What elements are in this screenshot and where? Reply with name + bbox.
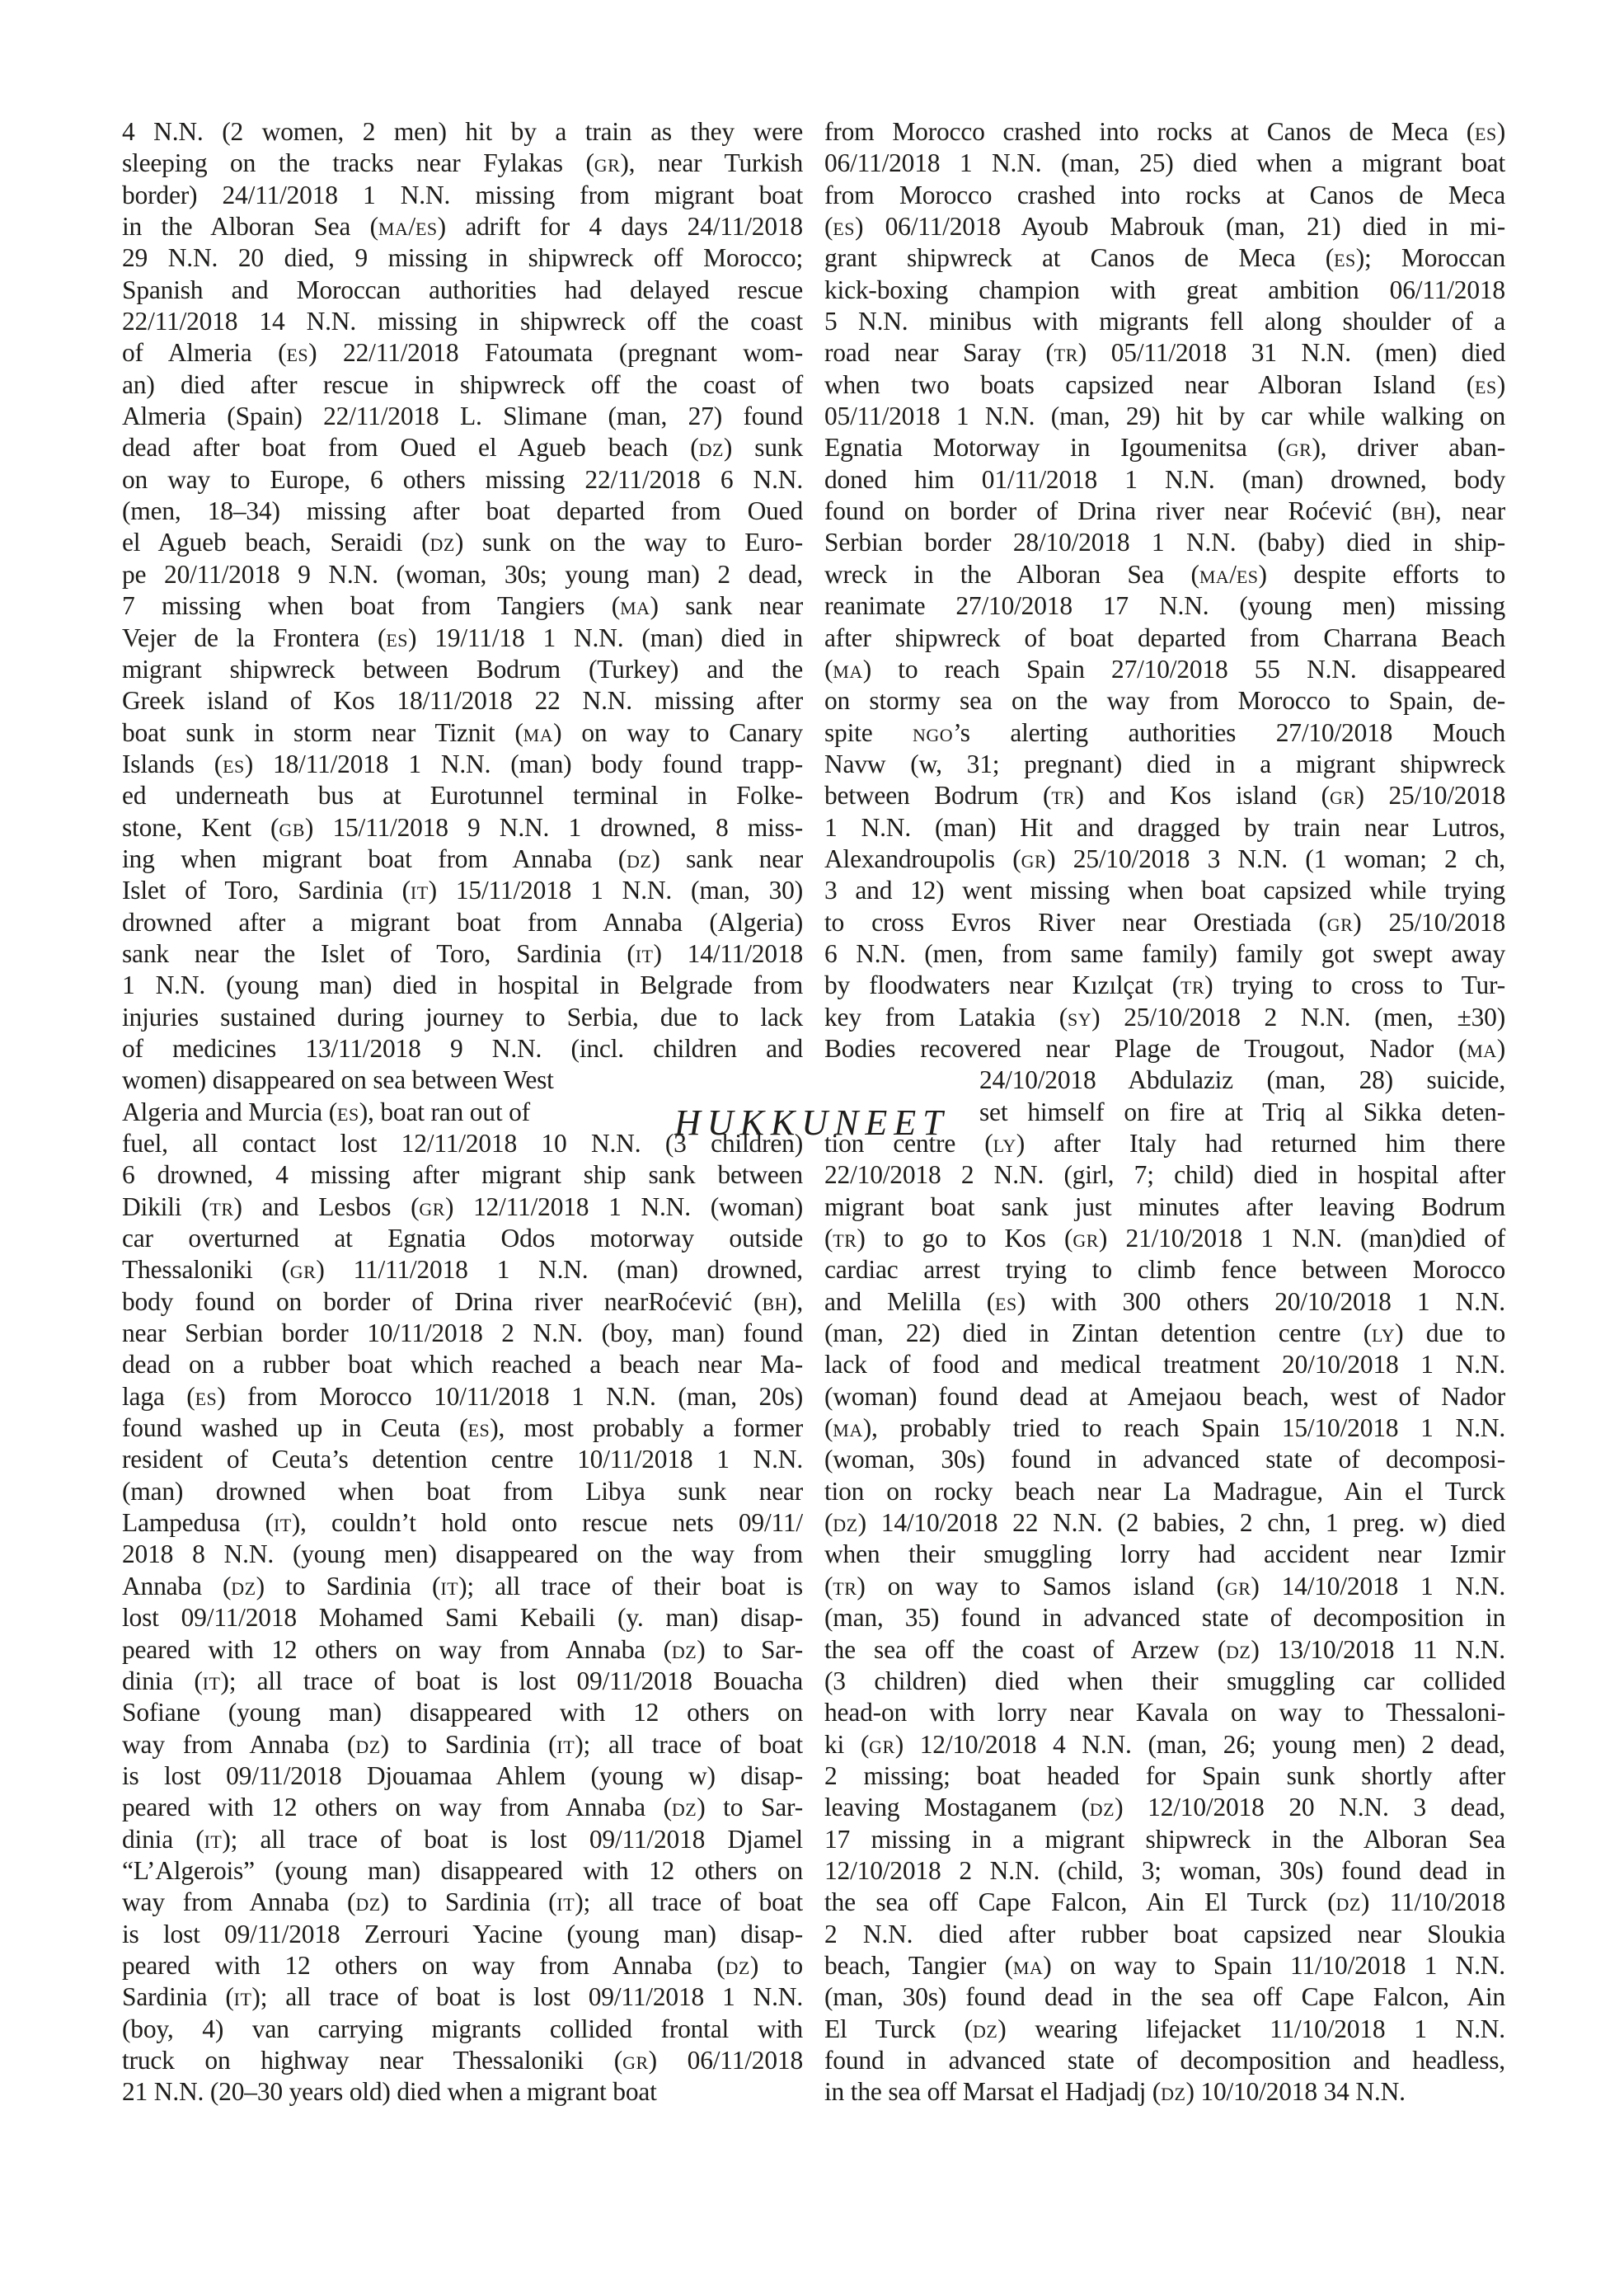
- text-line: lost 09/11/2018 Mohamed Sami Kebaili (y.…: [122, 1602, 803, 1633]
- text-line: Sofiane (young man) disappeared with 12 …: [122, 1697, 803, 1728]
- text-line: dead on a rubber boat which reached a be…: [122, 1349, 803, 1380]
- text-line: (man, 30s) found dead in the sea off Cap…: [824, 1981, 1505, 2013]
- text-line: reanimate 27/10/2018 17 N.N. (young men)…: [824, 590, 1505, 622]
- text-line: (men, 18–34) missing after boat departed…: [122, 496, 803, 527]
- text-line: beach, Tangier (MA) on way to Spain 11/1…: [824, 1950, 1505, 1981]
- text-line: 6 drowned, 4 missing after migrant ship …: [122, 1159, 803, 1191]
- text-line: by floodwaters near Kızılçat (TR) trying…: [824, 970, 1505, 1001]
- text-line: women) disappeared on sea between West: [122, 1065, 584, 1096]
- text-line: 1 N.N. (man) Hit and dragged by train ne…: [824, 812, 1505, 844]
- text-line: Alexandroupolis (GR) 25/10/2018 3 N.N. (…: [824, 844, 1505, 875]
- text-line: (boy, 4) van carrying migrants collided …: [122, 2014, 803, 2045]
- text-line: kick-boxing champion with great ambition…: [824, 275, 1505, 306]
- text-line: on stormy sea on the way from Morocco to…: [824, 685, 1505, 717]
- text-line: Egnatia Motorway in Igoumenitsa (GR), dr…: [824, 432, 1505, 463]
- text-line: peared with 12 others on way from Annaba…: [122, 1950, 803, 1981]
- text-line: (TR) on way to Samos island (GR) 14/10/2…: [824, 1571, 1505, 1602]
- text-line: (man) drowned when boat from Libya sunk …: [122, 1476, 803, 1507]
- text-line: found in advanced state of decomposition…: [824, 2045, 1505, 2076]
- text-line: (TR) to go to Kos (GR) 21/10/2018 1 N.N.…: [824, 1223, 1505, 1254]
- text-line: ing when migrant boat from Annaba (DZ) s…: [122, 844, 803, 875]
- text-line: 06/11/2018 1 N.N. (man, 25) died when a …: [824, 148, 1505, 179]
- text-line: Sardinia (IT); all trace of boat is lost…: [122, 1981, 803, 2013]
- text-line: key from Latakia (SY) 25/10/2018 2 N.N. …: [824, 1002, 1505, 1033]
- text-line: drowned after a migrant boat from Annaba…: [122, 907, 803, 938]
- text-line: tion on rocky beach near La Madrague, Ai…: [824, 1476, 1505, 1507]
- text-line: Greek island of Kos 18/11/2018 22 N.N. m…: [122, 685, 803, 717]
- text-line: of Almeria (ES) 22/11/2018 Fatoumata (pr…: [122, 337, 803, 369]
- text-line: 1 N.N. (young man) died in hospital in B…: [122, 970, 803, 1001]
- text-line: tion centre (LY) after Italy had returne…: [824, 1128, 1505, 1159]
- text-line: 2 N.N. died after rubber boat capsized n…: [824, 1919, 1505, 1950]
- text-line: peared with 12 others on way from Annaba…: [122, 1792, 803, 1823]
- text-line: Thessaloniki (GR) 11/11/2018 1 N.N. (man…: [122, 1254, 803, 1286]
- text-line: leaving Mostaganem (DZ) 12/10/2018 20 N.…: [824, 1792, 1505, 1823]
- text-line: after shipwreck of boat departed from Ch…: [824, 623, 1505, 654]
- text-line: stone, Kent (GB) 15/11/2018 9 N.N. 1 dro…: [122, 812, 803, 844]
- text-line: (ES) 06/11/2018 Ayoub Mabrouk (man, 21) …: [824, 211, 1505, 242]
- text-line: cardiac arrest trying to climb fence bet…: [824, 1254, 1505, 1286]
- text-line: 22/10/2018 2 N.N. (girl, 7; child) died …: [824, 1159, 1505, 1191]
- text-line: to cross Evros River near Orestiada (GR)…: [824, 907, 1505, 938]
- text-line: found on border of Drina river near Roće…: [824, 496, 1505, 527]
- text-line: 21 N.N. (20–30 years old) died when a mi…: [122, 2076, 803, 2108]
- text-line: El Turck (DZ) wearing lifejacket 11/10/2…: [824, 2014, 1505, 2045]
- text-line: migrant boat sank just minutes after lea…: [824, 1192, 1505, 1223]
- text-line: of medicines 13/11/2018 9 N.N. (incl. ch…: [122, 1033, 803, 1065]
- text-line: Almeria (Spain) 22/11/2018 L. Slimane (m…: [122, 401, 803, 432]
- text-line: 6 N.N. (men, from same family) family go…: [824, 938, 1505, 970]
- text-line: (woman) found dead at Amejaou beach, wes…: [824, 1381, 1505, 1412]
- text-line: migrant shipwreck between Bodrum (Turkey…: [122, 654, 803, 685]
- text-line: el Agueb beach, Seraidi (DZ) sunk on the…: [122, 527, 803, 558]
- text-line: 4 N.N. (2 women, 2 men) hit by a train a…: [122, 116, 803, 148]
- text-line: road near Saray (TR) 05/11/2018 31 N.N. …: [824, 337, 1505, 369]
- text-line: 7 missing when boat from Tangiers (MA) s…: [122, 590, 803, 622]
- text-line: laga (ES) from Morocco 10/11/2018 1 N.N.…: [122, 1381, 803, 1412]
- text-line: from Morocco crashed into rocks at Canos…: [824, 180, 1505, 211]
- text-line: 12/10/2018 2 N.N. (child, 3; woman, 30s)…: [824, 1855, 1505, 1887]
- text-line: 2 missing; boat headed for Spain sunk sh…: [824, 1760, 1505, 1792]
- text-line: Spanish and Moroccan authorities had del…: [122, 275, 803, 306]
- text-line: injuries sustained during journey to Ser…: [122, 1002, 803, 1033]
- text-line: between Bodrum (TR) and Kos island (GR) …: [824, 780, 1505, 811]
- text-line: Navw (w, 31; pregnant) died in a migrant…: [824, 749, 1505, 780]
- text-line: resident of Ceuta’s detention centre 10/…: [122, 1444, 803, 1475]
- text-line: boat sunk in storm near Tiznit (MA) on w…: [122, 717, 803, 749]
- text-line: in the sea off Marsat el Hadjadj (DZ) 10…: [824, 2076, 1505, 2108]
- text-line: sank near the Islet of Toro, Sardinia (I…: [122, 938, 803, 970]
- text-line: way from Annaba (DZ) to Sardinia (IT); a…: [122, 1887, 803, 1918]
- text-line: the sea off Cape Falcon, Ain El Turck (D…: [824, 1887, 1505, 1918]
- text-line: wreck in the Alboran Sea (MA/ES) despite…: [824, 559, 1505, 590]
- text-line: Vejer de la Frontera (ES) 19/11/18 1 N.N…: [122, 623, 803, 654]
- text-line: from Morocco crashed into rocks at Canos…: [824, 116, 1505, 148]
- text-line: border) 24/11/2018 1 N.N. missing from m…: [122, 180, 803, 211]
- text-line: when two boats capsized near Alboran Isl…: [824, 369, 1505, 401]
- text-line: Algeria and Murcia (ES), boat ran out of: [122, 1097, 584, 1128]
- text-line: sleeping on the tracks near Fylakas (GR)…: [122, 148, 803, 179]
- text-line: 2018 8 N.N. (young men) disappeared on t…: [122, 1539, 803, 1570]
- text-line: car overturned at Egnatia Odos motorway …: [122, 1223, 803, 1254]
- text-line: 17 missing in a migrant shipwreck in the…: [824, 1824, 1505, 1855]
- text-line: Islet of Toro, Sardinia (IT) 15/11/2018 …: [122, 875, 803, 906]
- text-line: in the Alboran Sea (MA/ES) adrift for 4 …: [122, 211, 803, 242]
- text-line: head-on with lorry near Kavala on way to…: [824, 1697, 1505, 1728]
- text-line: dinia (IT); all trace of boat is lost 09…: [122, 1824, 803, 1855]
- text-line: 5 N.N. minibus with migrants fell along …: [824, 306, 1505, 337]
- text-line: spite NGO’s alerting authorities 27/10/2…: [824, 717, 1505, 749]
- text-line: Islands (ES) 18/11/2018 1 N.N. (man) bod…: [122, 749, 803, 780]
- text-line: Bodies recovered near Plage de Trougout,…: [824, 1033, 1505, 1065]
- text-line: (man, 35) found in advanced state of dec…: [824, 1602, 1505, 1633]
- text-line: 3 and 12) went missing when boat capsize…: [824, 875, 1505, 906]
- text-line: body found on border of Drina river near…: [122, 1286, 803, 1318]
- text-line: when their smuggling lorry had accident …: [824, 1539, 1505, 1570]
- text-line: 22/11/2018 14 N.N. missing in shipwreck …: [122, 306, 803, 337]
- text-line: Serbian border 28/10/2018 1 N.N. (baby) …: [824, 527, 1505, 558]
- text-line: ki (GR) 12/10/2018 4 N.N. (man, 26; youn…: [824, 1729, 1505, 1760]
- document-page: 4 N.N. (2 women, 2 men) hit by a train a…: [0, 0, 1624, 2289]
- text-line: (MA), probably tried to reach Spain 15/1…: [824, 1412, 1505, 1444]
- right-text-column: from Morocco crashed into rocks at Canos…: [824, 116, 1505, 2108]
- text-line: lack of food and medical treatment 20/10…: [824, 1349, 1505, 1380]
- text-line: Annaba (DZ) to Sardinia (IT); all trace …: [122, 1571, 803, 1602]
- text-line: dead after boat from Oued el Agueb beach…: [122, 432, 803, 463]
- text-line: found washed up in Ceuta (ES), most prob…: [122, 1412, 803, 1444]
- text-line: truck on highway near Thessaloniki (GR) …: [122, 2045, 803, 2076]
- text-line: near Serbian border 10/11/2018 2 N.N. (b…: [122, 1318, 803, 1349]
- text-line: is lost 09/11/2018 Zerrouri Yacine (youn…: [122, 1919, 803, 1950]
- text-line: on way to Europe, 6 others missing 22/11…: [122, 464, 803, 496]
- text-line: way from Annaba (DZ) to Sardinia (IT); a…: [122, 1729, 803, 1760]
- text-line: (man, 22) died in Zintan detention centr…: [824, 1318, 1505, 1349]
- text-line: set himself on fire at Triq al Sikka det…: [824, 1097, 1505, 1128]
- text-line: (DZ) 14/10/2018 22 N.N. (2 babies, 2 chn…: [824, 1507, 1505, 1539]
- text-line: and Melilla (ES) with 300 others 20/10/2…: [824, 1286, 1505, 1318]
- text-line: pe 20/11/2018 9 N.N. (woman, 30s; young …: [122, 559, 803, 590]
- text-line: 29 N.N. 20 died, 9 missing in shipwreck …: [122, 242, 803, 274]
- text-line: Lampedusa (IT), couldn’t hold onto rescu…: [122, 1507, 803, 1539]
- text-line: ed underneath bus at Eurotunnel terminal…: [122, 780, 803, 811]
- text-line: 05/11/2018 1 N.N. (man, 29) hit by car w…: [824, 401, 1505, 432]
- text-line: (MA) to reach Spain 27/10/2018 55 N.N. d…: [824, 654, 1505, 685]
- text-line: peared with 12 others on way from Annaba…: [122, 1634, 803, 1666]
- text-line: Dikili (TR) and Lesbos (GR) 12/11/2018 1…: [122, 1192, 803, 1223]
- text-line: (3 children) died when their smuggling c…: [824, 1666, 1505, 1697]
- text-line: “L’Algerois” (young man) disappeared wit…: [122, 1855, 803, 1887]
- text-line: doned him 01/11/2018 1 N.N. (man) drowne…: [824, 464, 1505, 496]
- text-line: dinia (IT); all trace of boat is lost 09…: [122, 1666, 803, 1697]
- text-line: grant shipwreck at Canos de Meca (ES); M…: [824, 242, 1505, 274]
- text-line: the sea off the coast of Arzew (DZ) 13/1…: [824, 1634, 1505, 1666]
- text-line: is lost 09/11/2018 Djouamaa Ahlem (young…: [122, 1760, 803, 1792]
- text-line: an) died after rescue in shipwreck off t…: [122, 369, 803, 401]
- text-line: 24/10/2018 Abdulaziz (man, 28) suicide,: [824, 1065, 1505, 1096]
- text-line: (woman, 30s) found in advanced state of …: [824, 1444, 1505, 1475]
